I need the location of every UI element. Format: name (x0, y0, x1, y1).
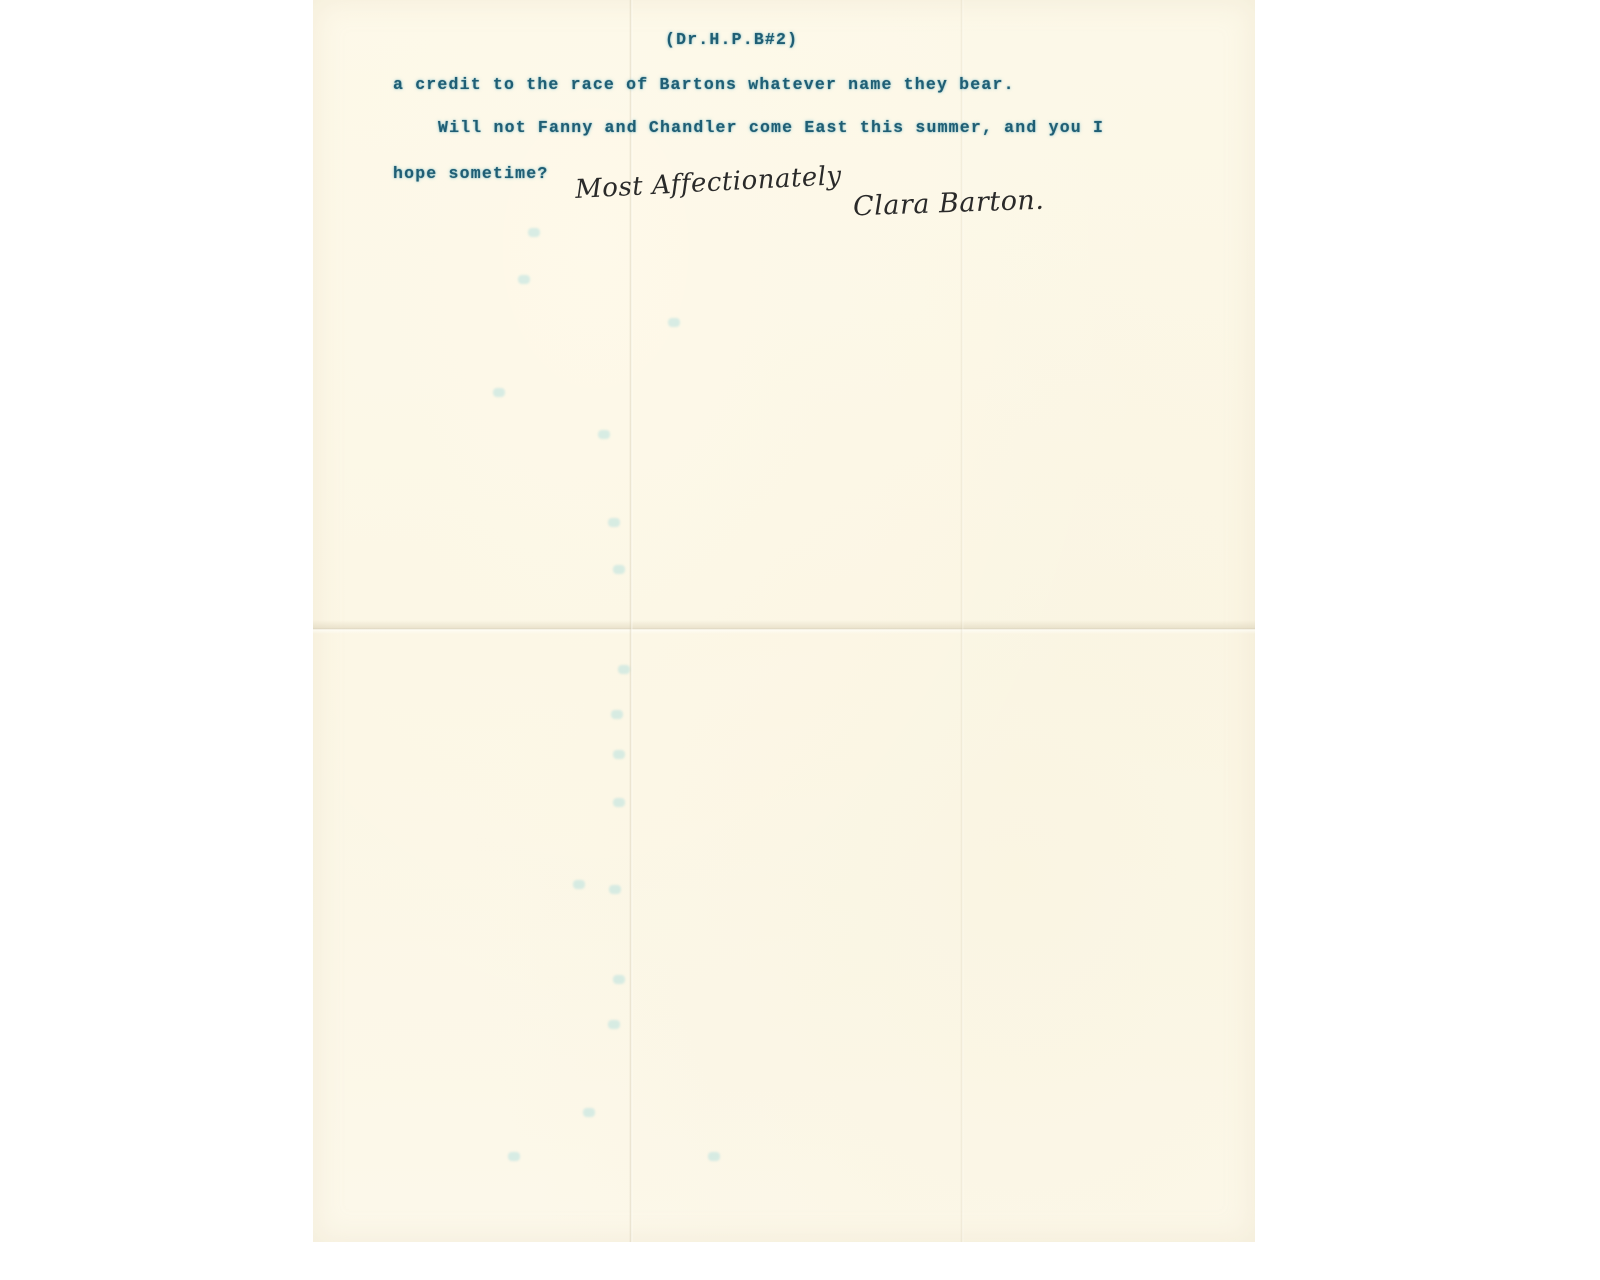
ink-bleed-mark (518, 275, 530, 284)
ink-bleed-mark (609, 885, 621, 894)
page-reference: (Dr.H.P.B#2) (665, 30, 798, 49)
ink-bleed-mark (708, 1152, 720, 1161)
ink-bleed-mark (613, 750, 625, 759)
horizontal-fold-line (313, 620, 1255, 634)
ink-bleed-mark (613, 565, 625, 574)
body-line-2: Will not Fanny and Chandler come East th… (438, 118, 1104, 137)
body-line-1: a credit to the race of Bartons whatever… (393, 75, 1015, 94)
vertical-fold-line-right (960, 0, 964, 1242)
ink-bleed-mark (613, 798, 625, 807)
handwritten-closing: Most Affectionately (574, 161, 842, 205)
ink-bleed-mark (573, 880, 585, 889)
ink-bleed-mark (608, 1020, 620, 1029)
handwritten-signature: Clara Barton. (853, 185, 1045, 223)
letter-page: (Dr.H.P.B#2) a credit to the race of Bar… (313, 0, 1255, 1242)
ink-bleed-mark (583, 1108, 595, 1117)
ink-bleed-mark (508, 1152, 520, 1161)
ink-bleed-mark (618, 665, 630, 674)
ink-bleed-mark (611, 710, 623, 719)
ink-bleed-mark (598, 430, 610, 439)
ink-bleed-mark (608, 518, 620, 527)
ink-bleed-mark (493, 388, 505, 397)
ink-bleed-mark (528, 228, 540, 237)
ink-bleed-mark (668, 318, 680, 327)
body-line-3: hope sometime? (393, 164, 548, 183)
ink-bleed-mark (613, 975, 625, 984)
